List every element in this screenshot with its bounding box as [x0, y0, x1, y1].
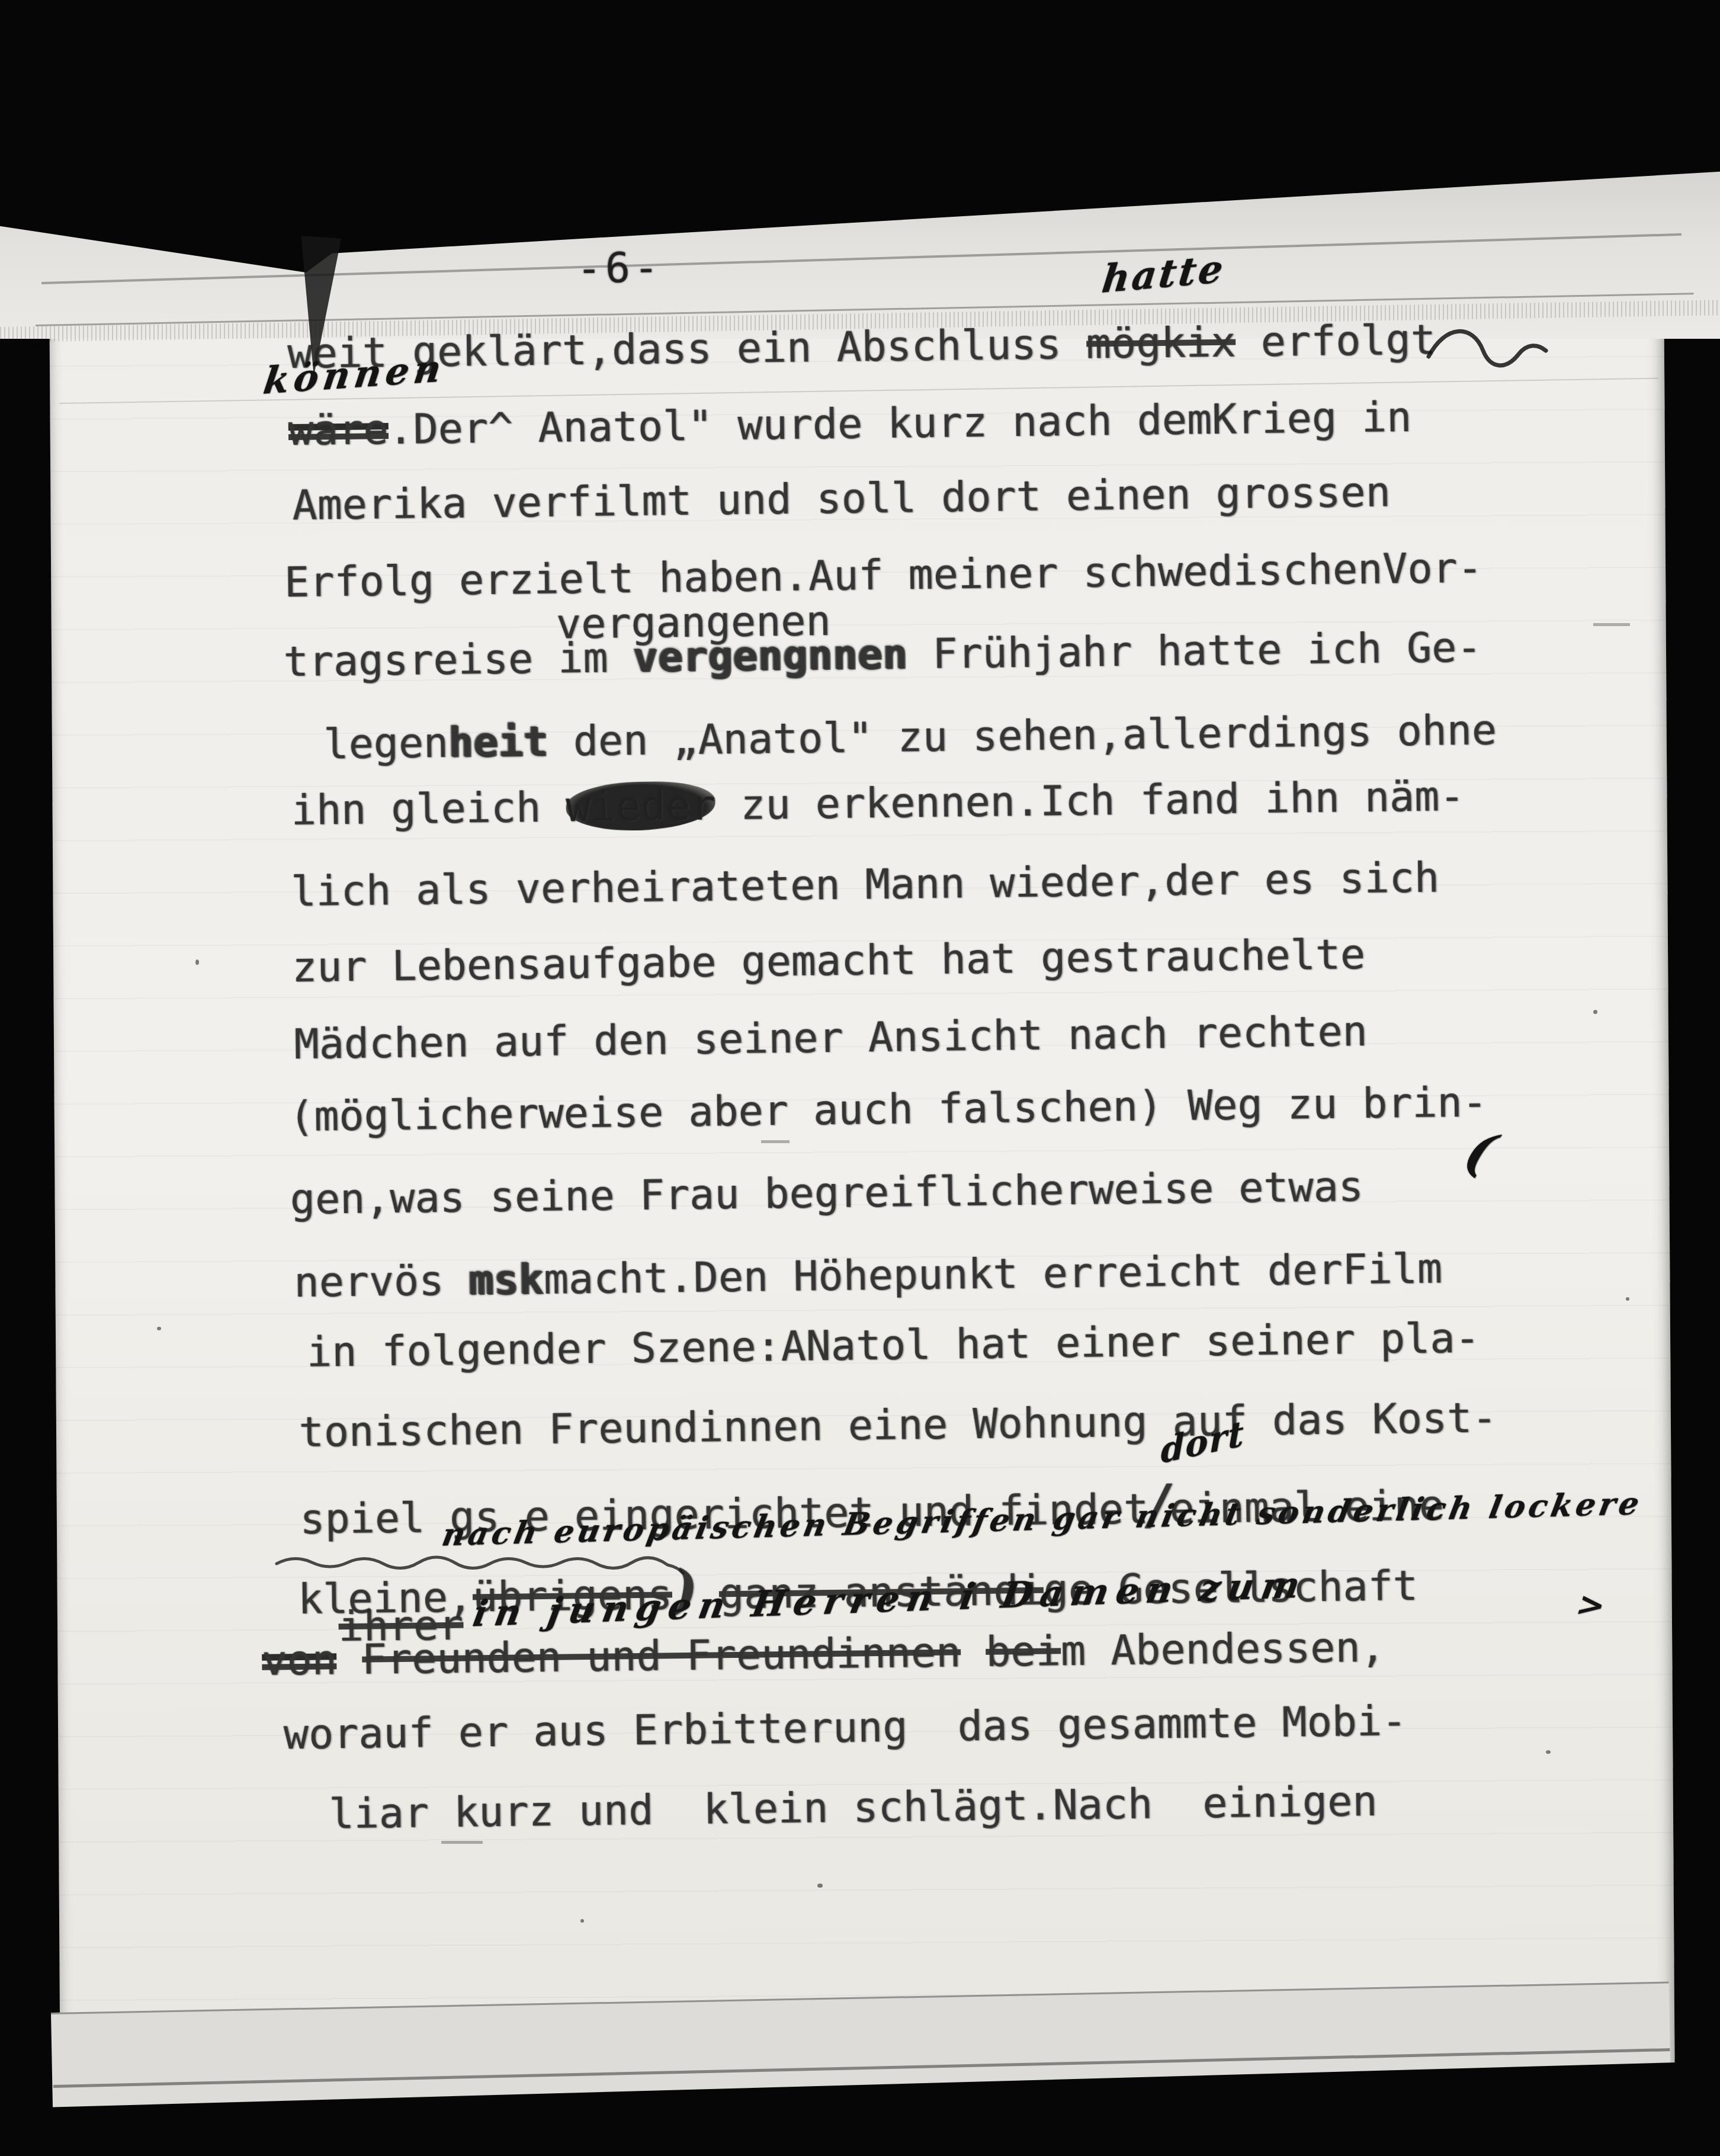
handwritten-annotation: dort [1161, 1416, 1244, 1468]
pen-underline-squiggle [274, 1548, 712, 1574]
handwritten-annotation: nach europäischen Begriffen gar nicht so… [439, 1488, 1645, 1551]
scan-root: { "document": { "kind": "Scanned typewri… [0, 0, 1720, 2156]
handwritten-annotation: in jungen Herren i Damen zum [470, 1567, 1310, 1632]
handwritten-annotation: > [1573, 1587, 1610, 1622]
handwritten-annotation: ( [1458, 1125, 1502, 1179]
handwritten-annotation: hatte [1100, 250, 1227, 299]
handwritten-annotation: können [261, 350, 448, 400]
pen-flourish [1421, 320, 1552, 379]
